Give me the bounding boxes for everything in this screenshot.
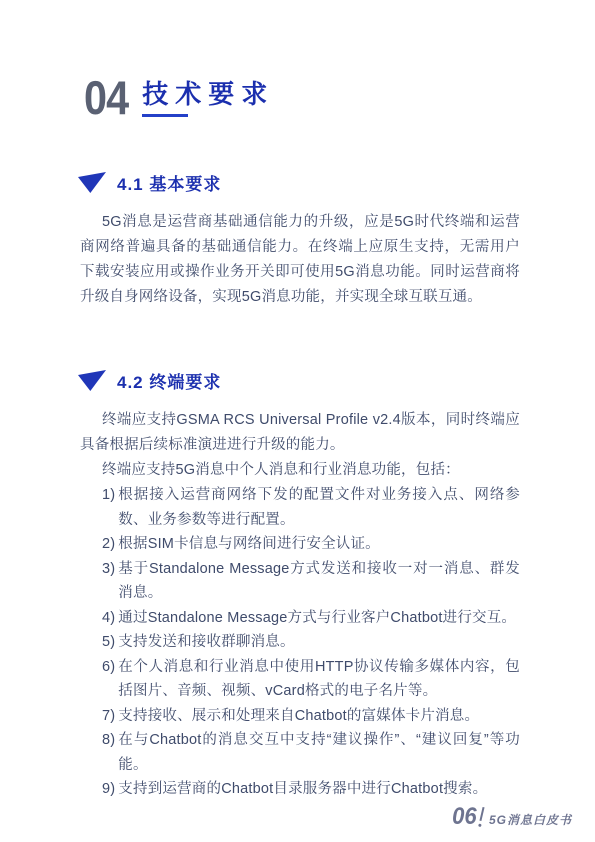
section-heading-label: 4.2 终端要求: [117, 368, 221, 393]
list-item: 1) 根据接入运营商网络下发的配置文件对业务接入点、网络参数、业务参数等进行配置…: [80, 483, 520, 532]
list-intro-paragraph: 终端应支持5G消息中个人消息和行业消息功能，包括：: [80, 458, 520, 483]
section-heading-label: 4.1 基本要求: [117, 170, 221, 195]
chapter-number: 04: [84, 76, 128, 120]
chapter-header: 04 技术要求: [84, 76, 520, 120]
triangle-bullet-icon: [78, 172, 106, 193]
book-title: 5G消息白皮书: [489, 807, 572, 828]
list-item-text: 支持接收、展示和处理来自Chatbot的富媒体卡片消息。: [118, 704, 520, 729]
list-item-text: 基于Standalone Message方式发送和接收一对一消息、群发消息。: [118, 557, 520, 606]
list-item: 2) 根据SIM卡信息与网络间进行安全认证。: [80, 532, 520, 557]
section-heading-4-1: 4.1 基本要求: [80, 170, 520, 195]
list-item-marker: 1): [102, 483, 115, 532]
chapter-title: 技术要求: [142, 80, 274, 108]
chapter-title-wrap: 技术要求: [142, 76, 274, 117]
footer-divider-icon: [479, 807, 484, 821]
chapter-title-underline: [142, 114, 188, 117]
list-item-marker: 9): [102, 777, 115, 802]
list-item-text: 支持发送和接收群聊消息。: [118, 630, 520, 655]
list-item: 3) 基于Standalone Message方式发送和接收一对一消息、群发消息…: [80, 557, 520, 606]
section-heading-4-2: 4.2 终端要求: [80, 368, 520, 393]
list-item-marker: 3): [102, 557, 115, 606]
list-item-text: 在与Chatbot的消息交互中支持“建议操作”、“建议回复”等功能。: [118, 728, 520, 777]
section-4-2-body: 终端应支持GSMA RCS Universal Profile v2.4版本，同…: [80, 408, 520, 802]
list-item-text: 支持到运营商的Chatbot目录服务器中进行Chatbot搜索。: [118, 777, 520, 802]
list-item-marker: 6): [102, 655, 115, 704]
list-item-text: 通过Standalone Message方式与行业客户Chatbot进行交互。: [118, 606, 520, 631]
list-item-text: 在个人消息和行业消息中使用HTTP协议传输多媒体内容，包括图片、音频、视频、vC…: [118, 655, 520, 704]
page-footer: 06 5G消息白皮书: [450, 805, 572, 829]
list-item: 8) 在与Chatbot的消息交互中支持“建议操作”、“建议回复”等功能。: [80, 728, 520, 777]
paragraph: 5G消息是运营商基础通信能力的升级，应是5G时代终端和运营商网络普遍具备的基础通…: [80, 210, 520, 310]
list-item-marker: 4): [102, 606, 115, 631]
list-item-marker: 5): [102, 630, 115, 655]
list-item: 9) 支持到运营商的Chatbot目录服务器中进行Chatbot搜索。: [80, 777, 520, 802]
list-item-marker: 2): [102, 532, 115, 557]
section-4-1-body: 5G消息是运营商基础通信能力的升级，应是5G时代终端和运营商网络普遍具备的基础通…: [80, 210, 520, 310]
list-item: 6) 在个人消息和行业消息中使用HTTP协议传输多媒体内容，包括图片、音频、视频…: [80, 655, 520, 704]
list-item: 5) 支持发送和接收群聊消息。: [80, 630, 520, 655]
list-item-text: 根据SIM卡信息与网络间进行安全认证。: [118, 532, 520, 557]
list-item-text: 根据接入运营商网络下发的配置文件对业务接入点、网络参数、业务参数等进行配置。: [118, 483, 520, 532]
list-item-marker: 7): [102, 704, 115, 729]
page-number: 06: [452, 805, 477, 829]
list-item: 7) 支持接收、展示和处理来自Chatbot的富媒体卡片消息。: [80, 704, 520, 729]
terminal-requirements-list: 1) 根据接入运营商网络下发的配置文件对业务接入点、网络参数、业务参数等进行配置…: [80, 483, 520, 802]
paragraph: 终端应支持GSMA RCS Universal Profile v2.4版本，同…: [80, 408, 520, 458]
list-item-marker: 8): [102, 728, 115, 777]
document-page: 04 技术要求 4.1 基本要求 5G消息是运营商基础通信能力的升级，应是5G时…: [0, 0, 595, 842]
triangle-bullet-icon: [78, 370, 106, 391]
list-item: 4) 通过Standalone Message方式与行业客户Chatbot进行交…: [80, 606, 520, 631]
